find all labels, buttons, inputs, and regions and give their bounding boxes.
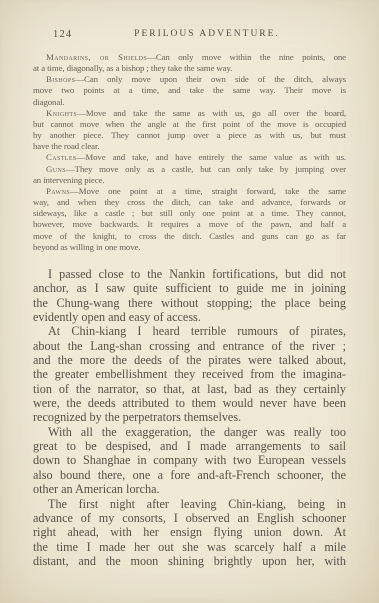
text-line: evidently open and easy of access.: [33, 310, 346, 324]
text-line: The first night after leaving Chin-kiang…: [33, 497, 346, 511]
text-line: I passed close to the Nankin fortificati…: [33, 267, 346, 281]
text-line: Mandarins, or Shields—Can only move with…: [33, 52, 346, 63]
text-line: however, move backwards. It requires a m…: [33, 219, 346, 230]
text-line: great to be despised, and I made arrange…: [33, 439, 346, 453]
text-line: sideways, like a castle ; but still only…: [33, 208, 346, 219]
small-caps-term: Pawns: [46, 186, 70, 196]
small-caps-term: Bishops: [46, 74, 75, 84]
text-line: beyond as willing in one move.: [33, 242, 346, 253]
running-head: PERILOUS ADVENTURE.: [50, 29, 364, 39]
text-line: also bound there, one a fore and-aft-Fre…: [33, 468, 346, 482]
text-line: about the Lang-shan crossing and entranc…: [33, 339, 346, 353]
text-line: by another piece. They cannot jump over …: [33, 130, 346, 141]
text-line: the time I made her out she was scarcely…: [33, 540, 346, 554]
small-caps-term: Guns: [46, 164, 66, 174]
small-caps-term: Mandarins, or Shields: [46, 52, 147, 62]
text-line: Guns—They move only as a castle, but can…: [33, 164, 346, 175]
text-line: move of the knight, to cross the ditch. …: [33, 231, 346, 242]
text-line: and the more the deeds of the pirates we…: [33, 353, 346, 367]
text-line: Bishops—Can only move upon their own sid…: [33, 74, 346, 85]
text-line: diagonal.: [33, 97, 346, 108]
text-line: down to Shanghae in company with two Eur…: [33, 453, 346, 467]
small-caps-term: Castles: [46, 152, 77, 162]
text-line: were, the deeds attributed to them would…: [33, 396, 346, 410]
text-line: At Chin-kiang I heard terrible rumours o…: [33, 324, 346, 338]
text-line: at a time, diagonally, as a bishop ; the…: [33, 63, 346, 74]
text-line: Knights—Move and take the same as with u…: [33, 108, 346, 119]
text-line: Pawns—Move one point at a time, straight…: [33, 186, 346, 197]
chess-rules-block: Mandarins, or Shields—Can only move with…: [33, 52, 346, 253]
text-line: tion of the narrator, so that, at last, …: [33, 382, 346, 396]
text-line: but cannot move when the angle at the fi…: [33, 119, 346, 130]
text-line: right ahead, with her ensign flying unio…: [33, 525, 346, 539]
text-line: the Chung-wang there without stopping; t…: [33, 296, 346, 310]
text-line: the greater embellishment they received …: [33, 367, 346, 381]
text-line: have the road clear.: [33, 141, 346, 152]
text-line: With all the exaggeration, the danger wa…: [33, 425, 346, 439]
small-caps-term: Knights: [46, 108, 77, 118]
page-header: 124 PERILOUS ADVENTURE.: [33, 28, 347, 43]
text-line: anchor, as I saw quite sufficient to gui…: [33, 281, 346, 295]
book-page: 124 PERILOUS ADVENTURE. Mandarins, or Sh…: [0, 0, 379, 603]
text-line: way, and when they cross the ditch, can …: [33, 197, 346, 208]
text-line: other an American lorcha.: [33, 482, 346, 496]
text-line: distant, and the moon shining brightly u…: [33, 554, 346, 568]
text-line: recognized by the perpetrators themselve…: [33, 410, 346, 424]
text-line: advance of my consorts, I observed an En…: [33, 511, 346, 525]
text-line: an intervening piece.: [33, 175, 346, 186]
text-line: move two points at a time, and take the …: [33, 85, 346, 96]
body-text-block: I passed close to the Nankin fortificati…: [33, 267, 346, 568]
text-line: Castles—Move and take, and have entirely…: [33, 152, 346, 163]
